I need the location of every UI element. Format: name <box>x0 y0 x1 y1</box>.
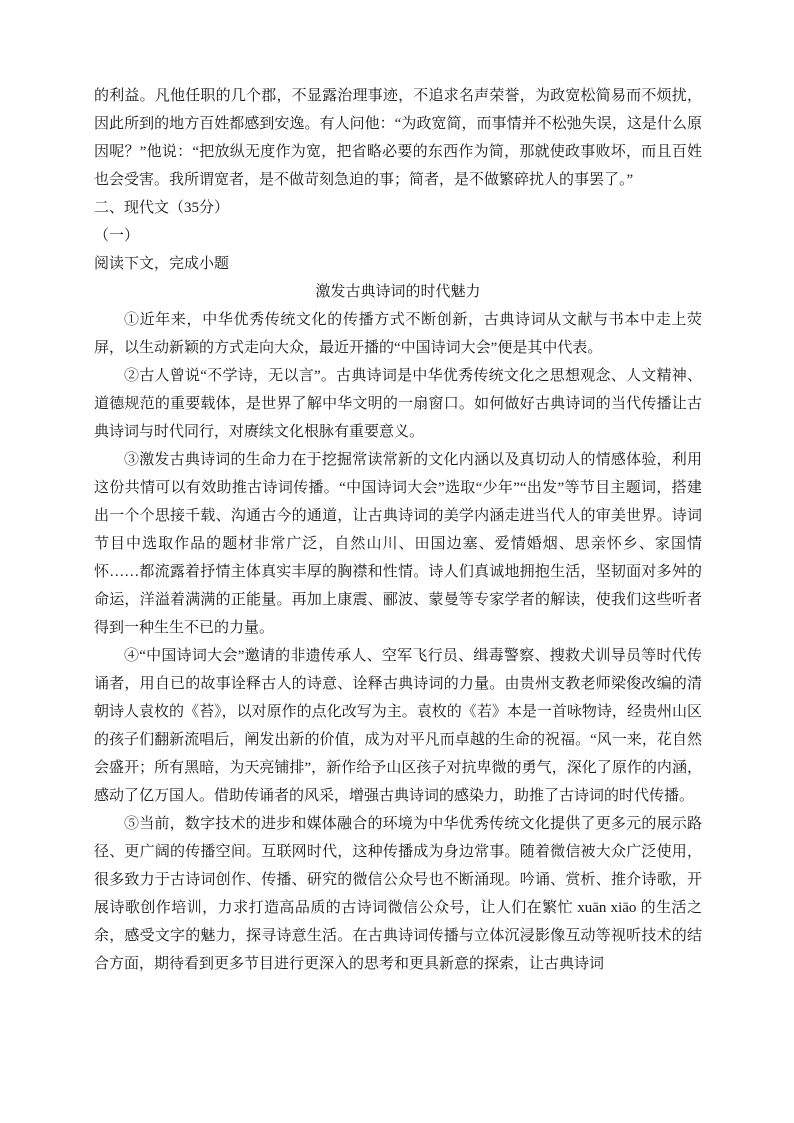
paragraph-2: ②古人曾说“不学诗，无以言”。古典诗词是中华优秀传统文化之思想观念、人文精神、道… <box>94 362 702 446</box>
paragraph-4: ④“中国诗词大会”邀请的非遗传承人、空军飞行员、缉毒警察、搜救犬训导员等时代传诵… <box>94 642 702 810</box>
paragraph-1: ①近年来，中华优秀传统文化的传播方式不断创新，古典诗词从文献与书本中走上荧屏，以… <box>94 306 702 362</box>
section-heading: 二、现代文（35分） <box>94 194 702 222</box>
continuation-paragraph: 的利益。凡他任职的几个郡，不显露治理事迹，不追求名声荣誉，为政宽松简易而不烦扰，… <box>94 82 702 194</box>
article-title: 激发古典诗词的时代魅力 <box>94 278 702 306</box>
document-page: 的利益。凡他任职的几个郡，不显露治理事迹，不追求名声荣誉，为政宽松简易而不烦扰，… <box>0 0 794 1123</box>
instruction-line: 阅读下文，完成小题 <box>94 250 702 278</box>
document-content: 的利益。凡他任职的几个郡，不显露治理事迹，不追求名声荣誉，为政宽松简易而不烦扰，… <box>94 82 702 978</box>
paragraph-3: ③激发古典诗词的生命力在于挖掘常读常新的文化内涵以及真切动人的情感体验，利用这份… <box>94 446 702 642</box>
paragraph-5: ⑤当前，数字技术的进步和媒体融合的环境为中华优秀传统文化提供了更多元的展示路径、… <box>94 810 702 978</box>
subsection-label: （一） <box>94 222 702 250</box>
